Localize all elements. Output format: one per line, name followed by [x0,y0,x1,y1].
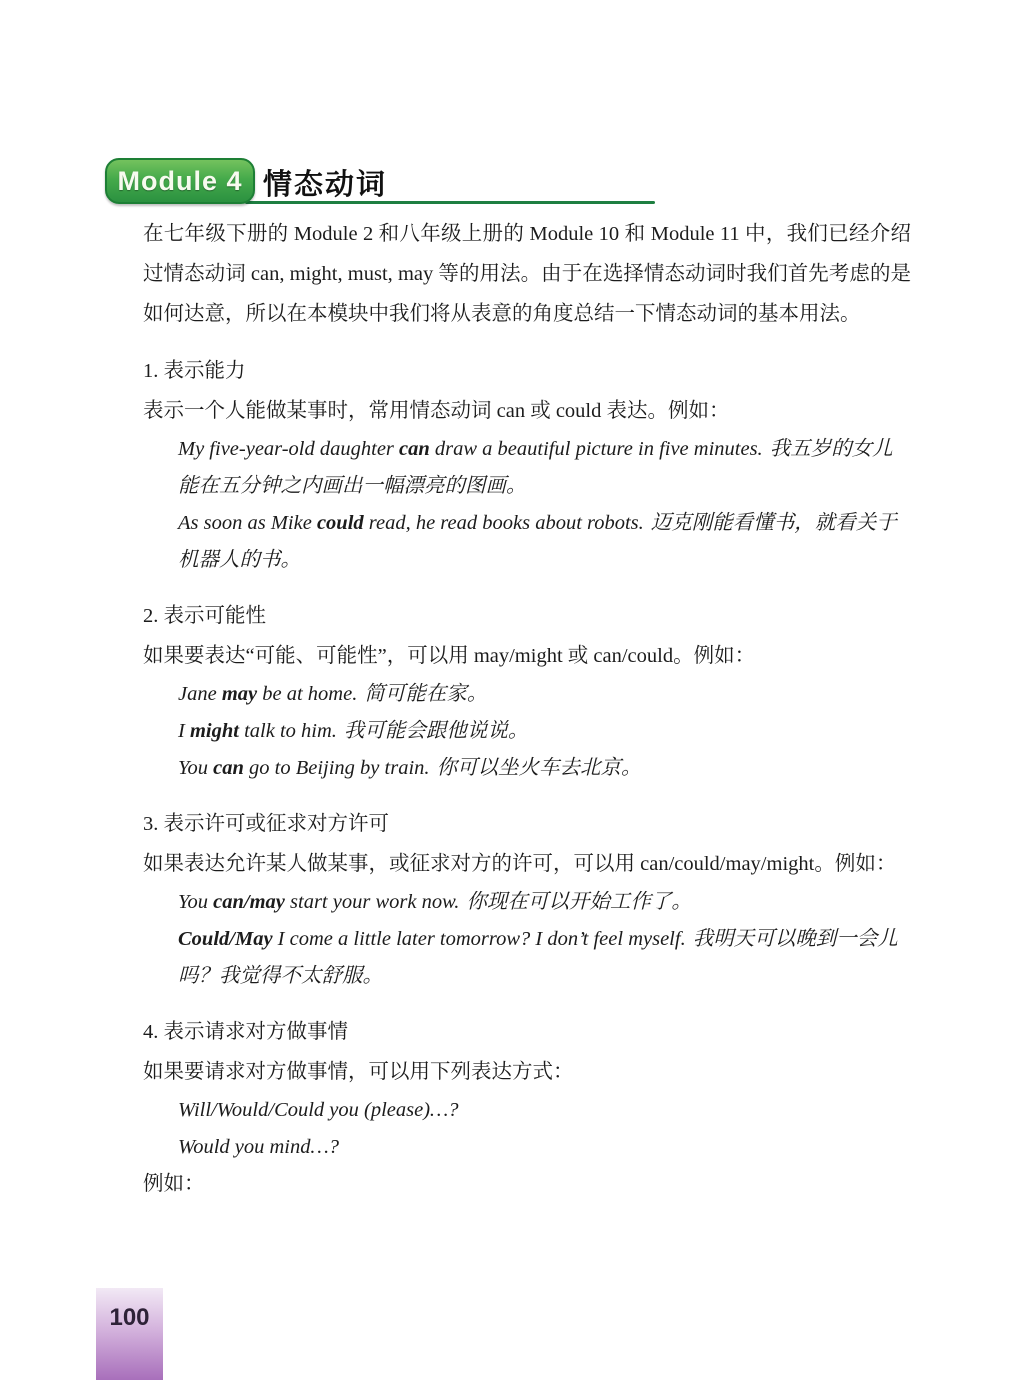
module-header: Module 4 情态动词 [105,156,665,208]
module-badge-label: Module 4 [117,166,242,197]
example-modal-bold: can [213,757,244,779]
example-en-post: draw a beautiful picture in five minutes… [430,438,763,460]
example-en-post: be at home. [257,683,357,705]
example-en-post: talk to him. [239,720,337,742]
section-explanation: 表示一个人能做某事时，常用情态动词 can 或 could 表达。例如： [143,391,911,431]
section-heading: 3. 表示许可或征求对方许可 [143,804,911,844]
page-number-box: 100 [96,1288,163,1380]
example-sentence: You can/may start your work now.你现在可以开始工… [178,884,911,921]
example-sentence: My five-year-old daughter can draw a bea… [178,431,911,505]
module-badge: Module 4 [105,158,255,204]
example-modal-bold: might [190,720,239,742]
example-sentence: Could/May I come a little later tomorrow… [178,921,911,995]
example-en-pre: You [178,757,213,779]
section-explanation: 如果要请求对方做事情，可以用下列表达方式： [143,1052,911,1092]
example-en-pre: I [178,720,190,742]
example-sentence: As soon as Mike could read, he read book… [178,505,911,579]
page-number: 100 [96,1304,163,1332]
content-area: 在七年级下册的 Module 2 和八年级上册的 Module 10 和 Mod… [143,214,911,1203]
example-modal-bold: Could/May [178,928,273,950]
request-pattern: Would you mind…? [178,1129,911,1166]
example-en-post: start your work now. [285,891,459,913]
example-sentence: Jane may be at home.简可能在家。 [178,676,911,713]
example-zh-translation: 你可以坐火车去北京。 [437,757,642,779]
section-permission: 3. 表示许可或征求对方许可 如果表达允许某人做某事，或征求对方的许可，可以用 … [143,804,911,995]
section-heading: 1. 表示能力 [143,351,911,391]
example-en-post: I come a little later tomorrow? I don’t … [273,928,686,950]
section-heading: 2. 表示可能性 [143,596,911,636]
followup-label: 例如： [143,1166,911,1203]
example-modal-bold: could [317,512,364,534]
section-explanation: 如果要表达“可能、可能性”，可以用 may/might 或 can/could。… [143,636,911,676]
textbook-page: Module 4 情态动词 在七年级下册的 Module 2 和八年级上册的 M… [0,0,1024,1400]
example-zh-translation: 我可能会跟他说说。 [344,720,529,742]
example-en-post: read, he read books about robots. [364,512,644,534]
example-zh-translation: 你现在可以开始工作了。 [466,891,692,913]
example-en-pre: My five-year-old daughter [178,438,399,460]
section-explanation: 如果表达允许某人做某事，或征求对方的许可，可以用 can/could/may/m… [143,844,911,884]
example-modal-bold: may [222,683,257,705]
example-sentence: I might talk to him.我可能会跟他说说。 [178,713,911,750]
page-title: 情态动词 [263,162,387,203]
example-en-pre: You [178,891,213,913]
section-request: 4. 表示请求对方做事情 如果要请求对方做事情，可以用下列表达方式： Will/… [143,1012,911,1203]
example-en-post: go to Beijing by train. [244,757,430,779]
example-en-pre: As soon as Mike [178,512,317,534]
example-sentence: You can go to Beijing by train.你可以坐火车去北京… [178,750,911,787]
section-ability: 1. 表示能力 表示一个人能做某事时，常用情态动词 can 或 could 表达… [143,351,911,579]
section-possibility: 2. 表示可能性 如果要表达“可能、可能性”，可以用 may/might 或 c… [143,596,911,787]
request-pattern: Will/Would/Could you (please)…? [178,1092,911,1129]
section-heading: 4. 表示请求对方做事情 [143,1012,911,1052]
example-zh-translation: 简可能在家。 [364,683,487,705]
example-modal-bold: can [399,438,430,460]
example-en-pre: Jane [178,683,222,705]
example-modal-bold: can/may [213,891,285,913]
intro-paragraph: 在七年级下册的 Module 2 和八年级上册的 Module 10 和 Mod… [143,214,911,334]
